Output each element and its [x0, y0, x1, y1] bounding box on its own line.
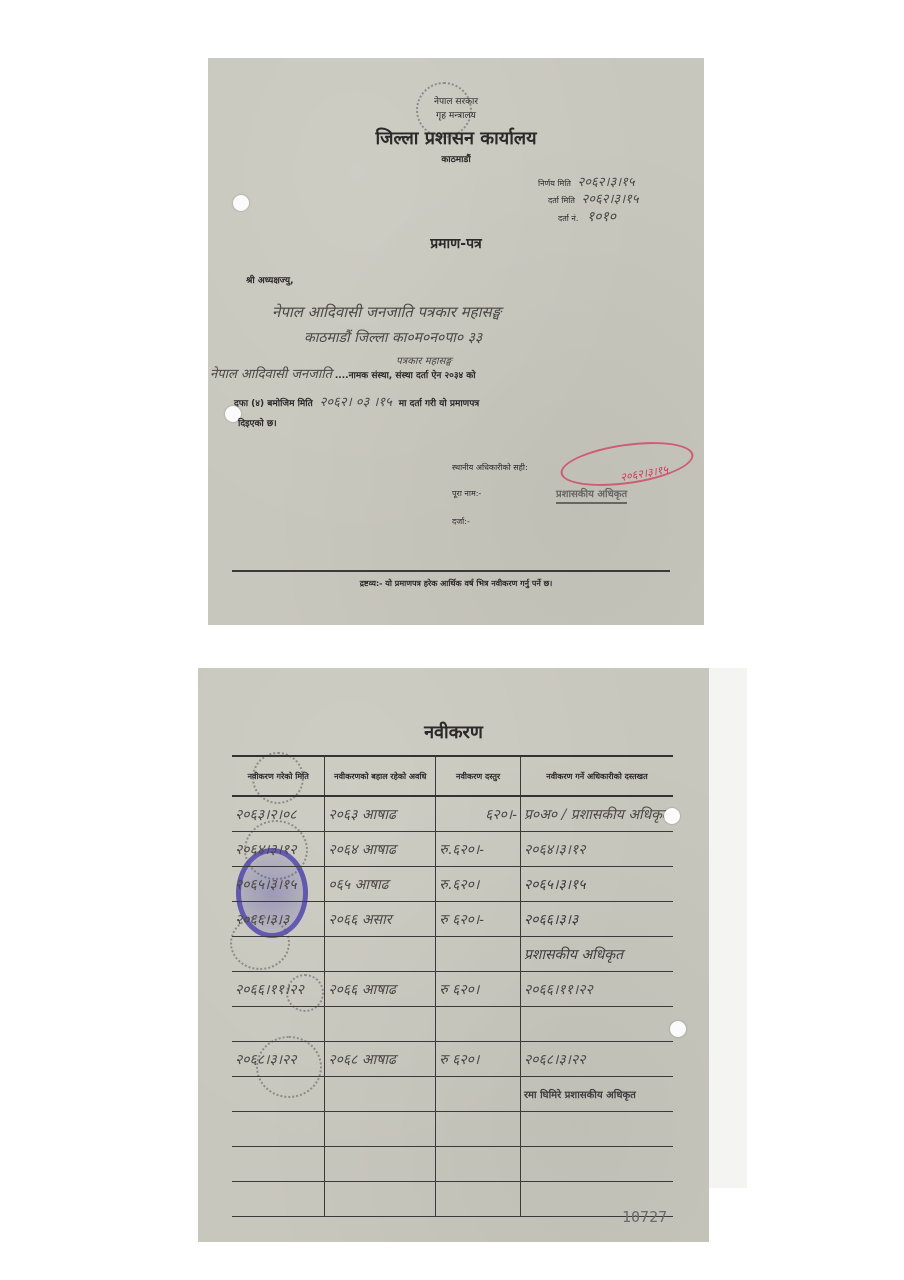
full-name-label: पूरा नाम:- [452, 488, 481, 499]
table-row: २०६८।३।२२२०६८ आषाढरु ६२०।२०६८।३।२२ [232, 1042, 673, 1077]
renewal-fee-cell: रु.६२०। [436, 867, 521, 902]
decision-date: निर्णय मिति २०६२।३।१५ [538, 172, 698, 190]
officer-signature-cell: प्रशासकीय अधिकृत [520, 937, 673, 972]
organization-name-handwritten: नेपाल आदिवासी जनजाति पत्रकार महासङ्घ [272, 302, 501, 322]
certificate-body-line2: दफा (४) बमोजिम मिति २०६२। ०३ ।१५ मा दर्त… [234, 392, 704, 410]
validity-period-cell [325, 937, 436, 972]
table-row: २०६६।११।२२२०६६ आषाढरु ६२०।२०६६।११।२२ [232, 972, 673, 1007]
officer-signature-cell [520, 1147, 673, 1182]
renewal-date-cell: २०६६।११।२२ [232, 972, 325, 1007]
validity-period-cell: २०६८ आषाढ [325, 1042, 436, 1077]
renewal-date-cell: २०६५।३।१५ [232, 867, 325, 902]
validity-period-cell [325, 1182, 436, 1217]
validity-period-cell: २०६४ आषाढ [325, 832, 436, 867]
table-row: २०६३।२।०८२०६३ आषाढ६२०।-प्र०अ० / प्रशासकी… [232, 796, 673, 832]
officer-signature-cell [520, 1007, 673, 1042]
signature-scribble-icon [558, 435, 696, 493]
officer-stamp: प्रशासकीय अधिकृत [556, 486, 627, 504]
table-row [232, 1182, 673, 1217]
table-row: प्रशासकीय अधिकृत [232, 937, 673, 972]
body-registration-date: २०६२। ०३ ।१५ [320, 395, 392, 410]
validity-period-cell: २०६६ आषाढ [325, 972, 436, 1007]
designation-label: दर्जा:- [452, 516, 470, 527]
officer-signature-cell: २०६६।११।२२ [520, 972, 673, 1007]
ministry-name: गृह मन्त्रालय [208, 108, 704, 121]
renewal-fee-cell: ६२०।- [436, 796, 521, 832]
government-name: नेपाल सरकार [208, 94, 704, 107]
renewal-fee-cell [436, 1112, 521, 1147]
officer-signature-cell: २०६६।३।३ [520, 902, 673, 937]
validity-period-cell: २०६६ असार [325, 902, 436, 937]
officer-signature-cell: २०६५।३।१५ [520, 867, 673, 902]
renewal-title: नवीकरण [198, 720, 709, 744]
certificate-body-line1: नेपाल आदिवासी जनजाति ....नामक संस्था, सं… [210, 364, 704, 382]
salutation: श्री अध्यक्षज्यु, [246, 273, 294, 286]
renewal-fee-cell [436, 1077, 521, 1112]
renewal-fee-cell [436, 1007, 521, 1042]
body-text-line2-prefix: दफा (४) बमोजिम मिति [234, 399, 313, 409]
officer-signature-cell: २०६८।३।२२ [520, 1042, 673, 1077]
table-row: २०६४।३।१२२०६४ आषाढरु.६२०।-२०६४।३।१२ [232, 832, 673, 867]
renewal-fee-cell: रु ६२०। [436, 972, 521, 1007]
certificate-title: प्रमाण-पत्र [208, 234, 704, 253]
table-row [232, 1007, 673, 1042]
renewal-date-cell: २०६८।३।२२ [232, 1042, 325, 1077]
table-row: रमा घिमिरे प्रशासकीय अधिकृत [232, 1077, 673, 1112]
scan-edge [709, 668, 747, 1188]
punch-hole [664, 808, 680, 824]
validity-period-cell: ०६५ आषाढ [325, 867, 436, 902]
renewal-fee-cell: रु ६२०।- [436, 902, 521, 937]
table-row: २०६६।३।३२०६६ असाररु ६२०।-२०६६।३।३ [232, 902, 673, 937]
validity-period-cell [325, 1007, 436, 1042]
renewal-fee-cell: रु ६२०। [436, 1042, 521, 1077]
body-text-line2-suffix: मा दर्ता गरी यो प्रमाणपत्र [399, 399, 480, 409]
column-header-renewal-date: नवीकरण गरेको मिति [232, 756, 325, 796]
decision-date-value: २०६२।३।१५ [578, 175, 635, 190]
renewal-date-cell: २०६४।३।१२ [232, 832, 325, 867]
punch-hole [233, 195, 249, 211]
renewal-date-cell [232, 1147, 325, 1182]
officer-signature-cell: प्र०अ० / प्रशासकीय अधिकृत [520, 796, 673, 832]
punch-hole [670, 1021, 686, 1037]
table-row [232, 1147, 673, 1182]
registration-date-label: दर्ता मिति [548, 196, 575, 205]
organization-inline-handwritten: नेपाल आदिवासी जनजाति [210, 367, 332, 382]
decision-date-label: निर्णय मिति [538, 179, 571, 188]
registration-number: दर्ता नं. १०१० [558, 207, 698, 226]
renewal-date-cell: २०६३।२।०८ [232, 796, 325, 832]
renewal-fee-cell [436, 1147, 521, 1182]
registration-number-value: १०१० [587, 209, 616, 225]
renewal-date-cell [232, 1077, 325, 1112]
certificate-page: नेपाल सरकार गृह मन्त्रालय जिल्ला प्रशासन… [208, 58, 704, 625]
registration-number-label: दर्ता नं. [558, 214, 578, 223]
body-text-line1: ....नामक संस्था, संस्था दर्ता ऐन २०३४ को [335, 371, 476, 381]
footer-divider [232, 570, 670, 572]
body-text-line3: दिइएको छ। [238, 416, 277, 429]
officer-signature-cell: रमा घिमिरे प्रशासकीय अधिकृत [520, 1077, 673, 1112]
renewal-date-cell [232, 1112, 325, 1147]
column-header-renewal-fee: नवीकरण दस्तुर [436, 756, 521, 796]
validity-period-cell [325, 1112, 436, 1147]
column-header-officer-signature: नवीकरण गर्ने अधिकारीको दस्तखत [520, 756, 673, 796]
serial-number: 10727 [622, 1208, 667, 1226]
renewal-date-cell [232, 1007, 325, 1042]
district-name: काठमाडौं [208, 152, 704, 165]
registration-date: दर्ता मिति २०६२।३।१५ [548, 189, 708, 207]
renewal-date-cell [232, 1182, 325, 1217]
registration-date-value: २०६२।३।१५ [581, 192, 638, 207]
organization-address-handwritten: काठमाडौं जिल्ला का०म०न०पा० ३३ [304, 328, 482, 347]
officer-signature-cell [520, 1112, 673, 1147]
renewal-fee-cell: रु.६२०।- [436, 832, 521, 867]
renewal-date-cell: २०६६।३।३ [232, 902, 325, 937]
renewal-fee-cell [436, 1182, 521, 1217]
table-row: २०६५।३।१५०६५ आषाढरु.६२०।२०६५।३।१५ [232, 867, 673, 902]
validity-period-cell [325, 1077, 436, 1112]
renewal-date-cell [232, 937, 325, 972]
officer-signature-cell: २०६४।३।१२ [520, 832, 673, 867]
table-row [232, 1112, 673, 1147]
renewal-page: नवीकरण नवीकरण गरेको मिति नवीकरणको बहाल र… [198, 668, 709, 1242]
footer-note: द्रष्टव्य:- यो प्रमाणपत्र हरेक आर्थिक वर… [208, 578, 704, 589]
validity-period-cell: २०६३ आषाढ [325, 796, 436, 832]
renewal-fee-cell [436, 937, 521, 972]
renewal-table-header: नवीकरण गरेको मिति नवीकरणको बहाल रहेको अव… [232, 756, 673, 796]
office-title: जिल्ला प्रशासन कार्यालय [208, 126, 704, 150]
renewal-table: नवीकरण गरेको मिति नवीकरणको बहाल रहेको अव… [232, 755, 673, 1217]
validity-period-cell [325, 1147, 436, 1182]
column-header-validity-period: नवीकरणको बहाल रहेको अवधि [325, 756, 436, 796]
signature-label: स्थानीय अधिकारीको सही: [452, 462, 528, 473]
